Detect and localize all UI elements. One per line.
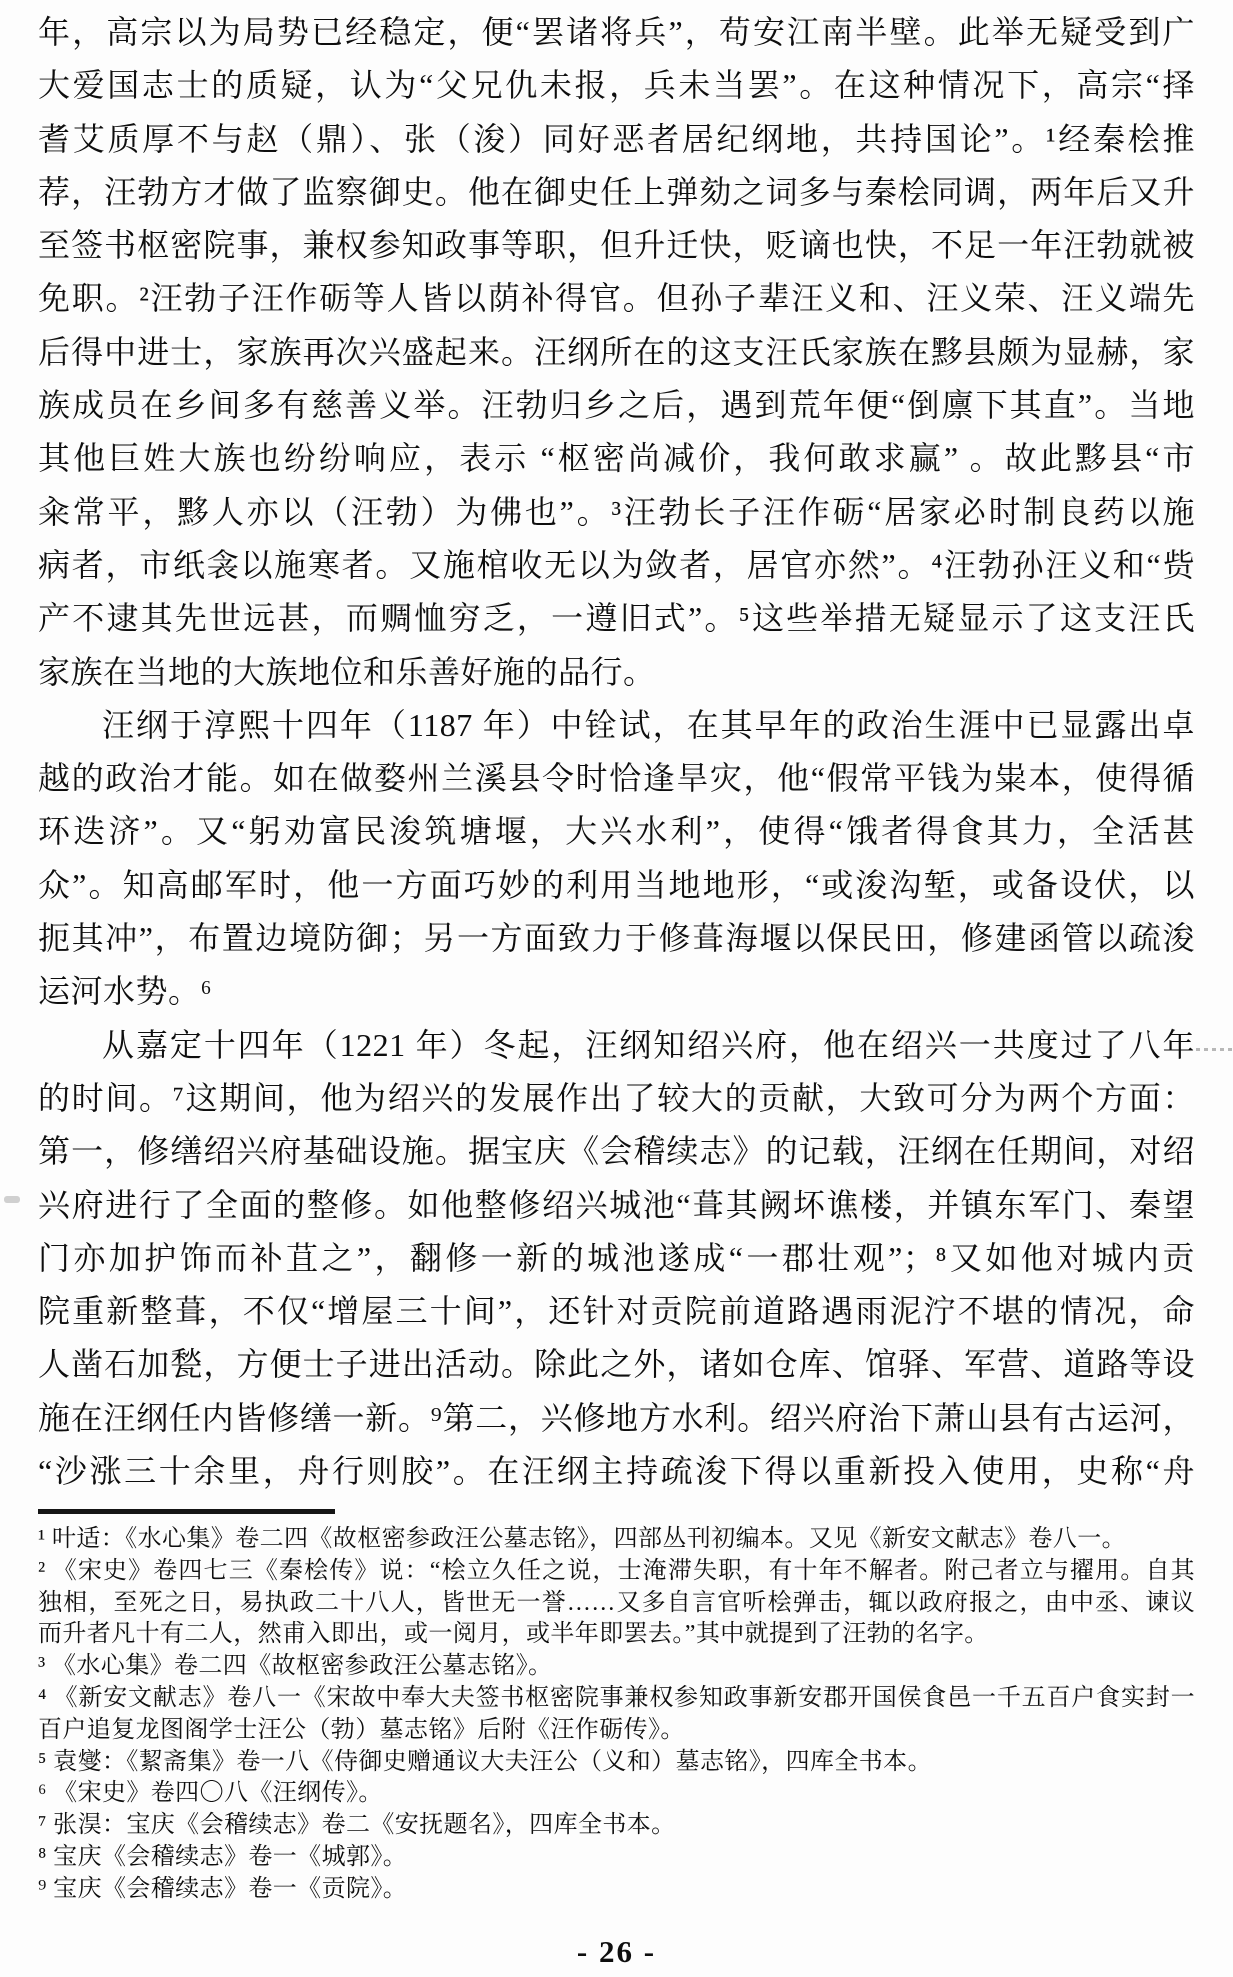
body-text-line: 运河水势。⁶ <box>38 965 1195 1018</box>
body-text-line: 产不逮其先世远甚，而赒恤穷乏，一遵旧式”。⁵这些举措无疑显示了这支汪氏 <box>38 592 1195 645</box>
body-text-line: 病者，市纸衾以施寒者。又施棺收无以为敛者，居官亦然”。⁴汪勃孙汪义和“赀 <box>38 539 1195 592</box>
footnote-line: 百户追复龙图阁学士汪公（勃）墓志铭》后附《汪作砺传》。 <box>38 1715 1195 1747</box>
footnote-line: 独相，至死之日，易执政二十八人，皆世无一誉……又多自言官听桧弹击，辄以政府报之，… <box>38 1588 1195 1620</box>
body-text-line: “沙涨三十余里，舟行则胶”。在汪纲主持疏浚下得以重新投入使用，史称“舟 <box>38 1445 1195 1498</box>
body-text-line: 年，高宗以为局势已经稳定，便“罢诸将兵”，苟安江南半壁。此举无疑受到广 <box>38 6 1195 59</box>
footnote-line: ⁸ 宝庆《会稽续志》卷一《城郭》。 <box>38 1842 1195 1874</box>
body-text-line: 耆艾质厚不与赵（鼎）、张（浚）同好恶者居纪纲地，共持国论”。¹经秦桧推 <box>38 113 1195 166</box>
page-number: - 26 - <box>0 1934 1233 1970</box>
body-text-line: 人凿石加甃，方便士子进出活动。除此之外，诸如仓库、馆驿、军营、道路等设 <box>38 1338 1195 1391</box>
body-text-line: 族成员在乡间多有慈善义举。汪勃归乡之后，遇到荒年便“倒廪下其直”。当地 <box>38 379 1195 432</box>
footnote-line: ⁴ 《新安文献志》卷八一《宋故中奉大夫签书枢密院事兼权参知政事新安郡开国侯食邑一… <box>38 1683 1195 1715</box>
body-text-line: 院重新整葺，不仅“增屋三十间”，还针对贡院前道路遇雨泥泞不堪的情况，命 <box>38 1285 1195 1338</box>
body-text-line: 众”。知高邮军时，他一方面巧妙的利用当地地形，“或浚沟堑，或备设伏，以 <box>38 859 1195 912</box>
footnote-line: ² 《宋史》卷四七三《秦桧传》说：“桧立久任之说，士淹滞失职，有十年不解者。附己… <box>38 1556 1195 1588</box>
body-text-line: 第一，修缮绍兴府基础设施。据宝庆《会稽续志》的记载，汪纲在任期间，对绍 <box>38 1125 1195 1178</box>
body-text-line: 从嘉定十四年（1221 年）冬起，汪纲知绍兴府，他在绍兴一共度过了八年 <box>38 1019 1195 1072</box>
scan-dots-artifact <box>520 1052 546 1055</box>
body-text-line: 其他巨姓大族也纷纷响应，表示 “枢密尚减价，我何敢求赢” 。故此黟县“市 <box>38 432 1195 485</box>
body-text-line: 至签书枢密院事，兼权参知政事等职，但升迁快，贬谪也快，不足一年汪勃就被 <box>38 219 1195 272</box>
body-text-line: 越的政治才能。如在做婺州兰溪县令时恰逢旱灾，他“假常平钱为粜本，使得循 <box>38 752 1195 805</box>
footnote-line: ¹ 叶适：《水心集》卷二四《故枢密参政汪公墓志铭》，四部丛刊初编本。又见《新安文… <box>38 1524 1195 1556</box>
body-text-line: 荐，汪勃方才做了监察御史。他在御史任上弹劾之词多与秦桧同调，两年后又升 <box>38 166 1195 219</box>
footnote-line: ⁷ 张淏：宝庆《会稽续志》卷二《安抚题名》，四库全书本。 <box>38 1810 1195 1842</box>
body-text-line: 环迭济”。又“躬劝富民浚筑塘堰，大兴水利”，使得“饿者得食其力，全活甚 <box>38 805 1195 858</box>
footnote-line: ⁵ 袁燮：《絜斋集》卷一八《侍御史赠通议大夫汪公（义和）墓志铭》，四库全书本。 <box>38 1747 1195 1779</box>
body-text-line: 后得中进士，家族再次兴盛起来。汪纲所在的这支汪氏家族在黟县颇为显赫，家 <box>38 326 1195 379</box>
footnotes-block: ¹ 叶适：《水心集》卷二四《故枢密参政汪公墓志铭》，四部丛刊初编本。又见《新安文… <box>38 1524 1195 1906</box>
main-text-block: 年，高宗以为局势已经稳定，便“罢诸将兵”，苟安江南半壁。此举无疑受到广大爱国志士… <box>38 6 1195 1498</box>
body-text-line: 兴府进行了全面的整修。如他整修绍兴城池“葺其阙坏谯楼，并镇东军门、秦望 <box>38 1179 1195 1232</box>
body-text-line: 扼其冲”，布置边境防御；另一方面致力于修葺海堰以保民田，修建函管以疏浚 <box>38 912 1195 965</box>
footnote-line: 而升者凡十有二人，然甫入即出，或一阅月，或半年即罢去。”其中就提到了汪勃的名字。 <box>38 1619 1195 1651</box>
scanned-document-page: 年，高宗以为局势已经稳定，便“罢诸将兵”，苟安江南半壁。此举无疑受到广大爱国志士… <box>0 0 1233 1977</box>
body-text-line: 门亦加护饰而补苴之”，翻修一新的城池遂成“一郡壮观”；⁸又如他对城内贡 <box>38 1232 1195 1285</box>
body-text-line: 汪纲于淳熙十四年（1187 年）中铨试，在其早年的政治生涯中已显露出卓 <box>38 699 1195 752</box>
footnote-divider-rule <box>38 1509 335 1514</box>
footnote-line: ³ 《水心集》卷二四《故枢密参政汪公墓志铭》。 <box>38 1651 1195 1683</box>
footnote-line: ⁹ 宝庆《会稽续志》卷一《贡院》。 <box>38 1874 1195 1906</box>
scan-dots-artifact <box>1196 1048 1232 1051</box>
scan-smudge-artifact <box>4 1196 20 1203</box>
footnote-line: ⁶ 《宋史》卷四〇八《汪纲传》。 <box>38 1778 1195 1810</box>
body-text-line: 的时间。⁷这期间，他为绍兴的发展作出了较大的贡献，大致可分为两个方面： <box>38 1072 1195 1125</box>
body-text-line: 家族在当地的大族地位和乐善好施的品行。 <box>38 646 1195 699</box>
body-text-line: 免职。²汪勃子汪作砺等人皆以荫补得官。但孙子辈汪义和、汪义荣、汪义端先 <box>38 272 1195 325</box>
body-text-line: 籴常平，黟人亦以（汪勃）为佛也”。³汪勃长子汪作砺“居家必时制良药以施 <box>38 486 1195 539</box>
body-text-line: 施在汪纲任内皆修缮一新。⁹第二，兴修地方水利。绍兴府治下萧山县有古运河， <box>38 1392 1195 1445</box>
body-text-line: 大爱国志士的质疑，认为“父兄仇未报，兵未当罢”。在这种情况下，高宗“择 <box>38 59 1195 112</box>
